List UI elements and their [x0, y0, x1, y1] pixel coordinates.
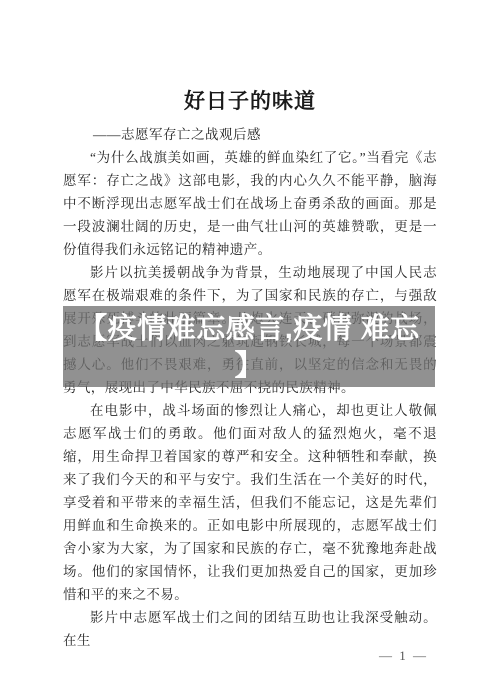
- document-page: 好日子的味道 ——志愿军存亡之战观后感 “为什么战旗美如画，英雄的鲜血染红了它。…: [0, 0, 500, 693]
- paragraph-battle: 在电影中，战斗场面的惨烈让人痛心，却也更让人敬佩志愿军战士们的勇敢。他们面对敌人…: [63, 399, 437, 606]
- watermark-text-line1: 【疫情难忘感言,疫情 难忘: [63, 310, 435, 348]
- document-title: 好日子的味道: [63, 88, 437, 114]
- page-number: — 1 —: [379, 648, 428, 664]
- watermark-text-line2: 】: [63, 348, 435, 384]
- watermark-overlay: 【疫情难忘感言,疫情 难忘 】: [63, 306, 435, 387]
- document-subtitle: ——志愿军存亡之战观后感: [63, 123, 437, 146]
- paragraph-unity: 影片中志愿军战士们之间的团结互助也让我深受触动。在生: [63, 606, 437, 652]
- paragraph-intro: “为什么战旗美如画，英雄的鲜血染红了它。”当看完《志愿军：存亡之战》这部电影，我…: [63, 146, 437, 261]
